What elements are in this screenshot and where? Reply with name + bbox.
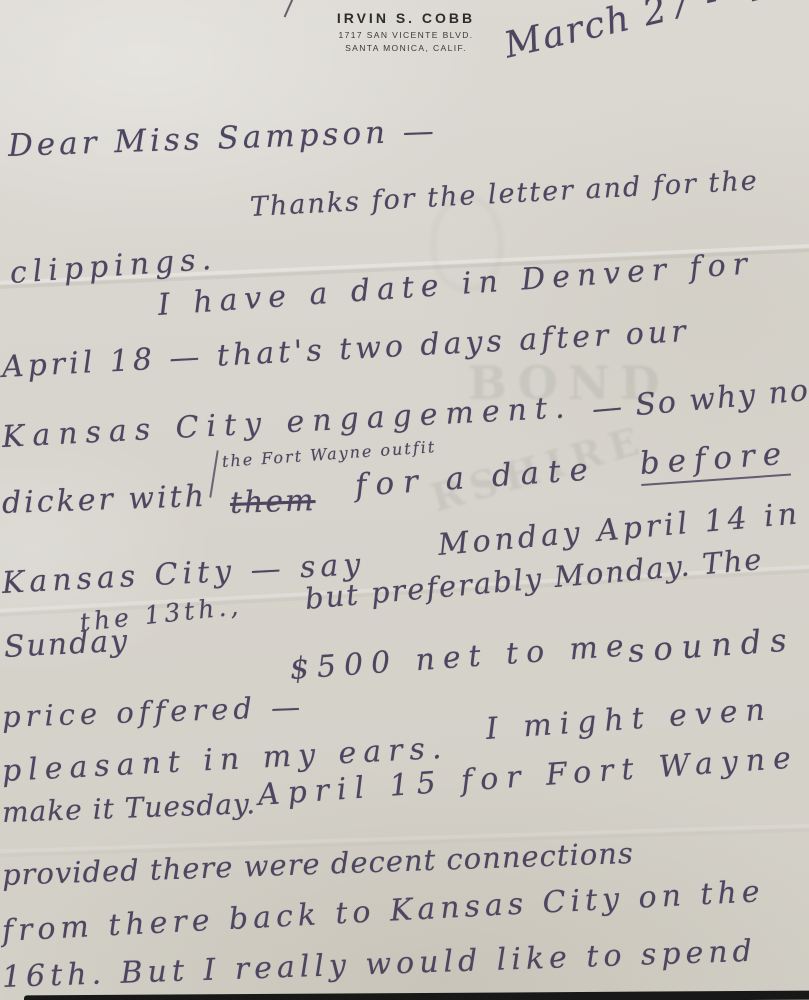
scan-dark-edge [24,991,809,1000]
pen-mark-top-edge [284,0,295,17]
letterhead-address-line2: SANTA MONICA, CALIF. [328,43,484,53]
handwriting-line: dicker with [1,479,207,521]
handwriting-line: $500 net to me [289,628,633,687]
struck-out-word: them [229,483,316,521]
handwriting-line: Sunday [3,623,130,665]
handwriting-line: Kansas City engagement. [1,390,573,455]
insertion-caret-stroke [209,450,218,498]
handwriting-line: Thanks for the letter and for the [249,165,759,223]
letterhead: IRVIN S. COBB 1717 SAN VICENTE BLVD. SAN… [328,10,484,53]
salutation: Dear Miss Sampson — [7,113,438,164]
handwritten-date: March 27 - '41 [500,0,797,66]
letterhead-address-line1: 1717 SAN VICENTE BLVD. [328,30,484,40]
letterhead-name: IRVIN S. COBB [328,10,484,26]
handwriting-line: clippings. [9,242,218,291]
underlined-word: before [639,436,791,486]
handwriting-line: price offered — [1,689,305,734]
handwriting-line: sounds [627,620,797,670]
handwriting-line: I might even [485,692,774,747]
letter-page: BOND RSHIRE IRVIN S. COBB 1717 SAN VICEN… [0,0,809,1000]
handwriting-line: make it Tuesday. [1,787,256,829]
